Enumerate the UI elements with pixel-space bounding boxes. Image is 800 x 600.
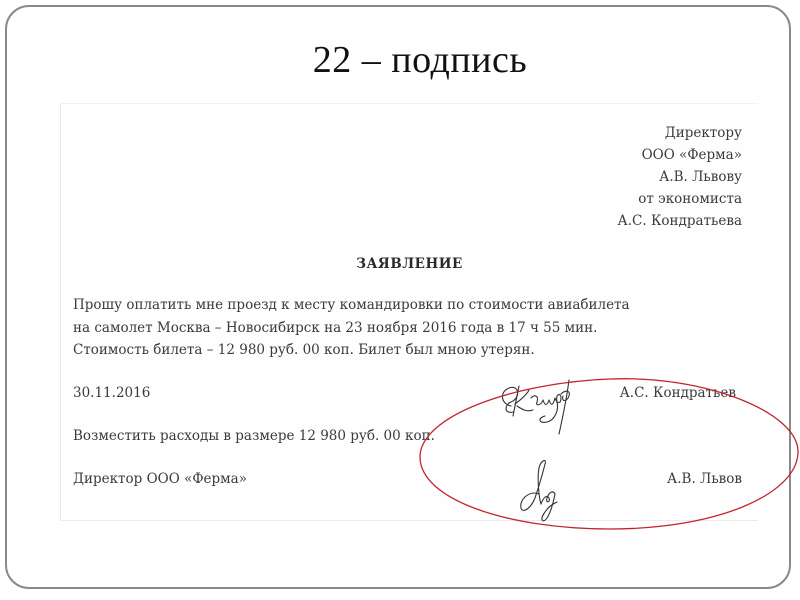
body-line: Прошу оплатить мне проезд к месту команд… [73,294,630,317]
addressee-block: Директору ООО «Ферма» А.В. Львову от эко… [618,122,742,232]
resolution-text: Возместить расходы в размере 12 980 руб.… [73,428,435,444]
applicant-signature-icon [497,376,587,438]
document-date: 30.11.2016 [73,385,150,401]
addressee-line: от экономиста [618,188,742,210]
document-heading: ЗАЯВЛЕНИЕ [61,256,758,272]
addressee-line: А.В. Львову [618,166,742,188]
director-name: А.В. Львов [667,471,742,487]
document-statement: Директору ООО «Ферма» А.В. Львову от эко… [60,103,758,521]
body-line: Стоимость билета – 12 980 руб. 00 коп. Б… [73,339,630,362]
body-line: на самолет Москва – Новосибирск на 23 но… [73,317,630,340]
slide-title: 22 – подпись [0,38,800,82]
director-signature-icon [513,454,573,524]
applicant-name: А.С. Кондратьев [620,385,736,401]
addressee-line: ООО «Ферма» [618,144,742,166]
document-body: Прошу оплатить мне проезд к месту команд… [73,294,630,362]
addressee-line: Директору [618,122,742,144]
addressee-line: А.С. Кондратьева [618,210,742,232]
director-title: Директор ООО «Ферма» [73,471,247,487]
